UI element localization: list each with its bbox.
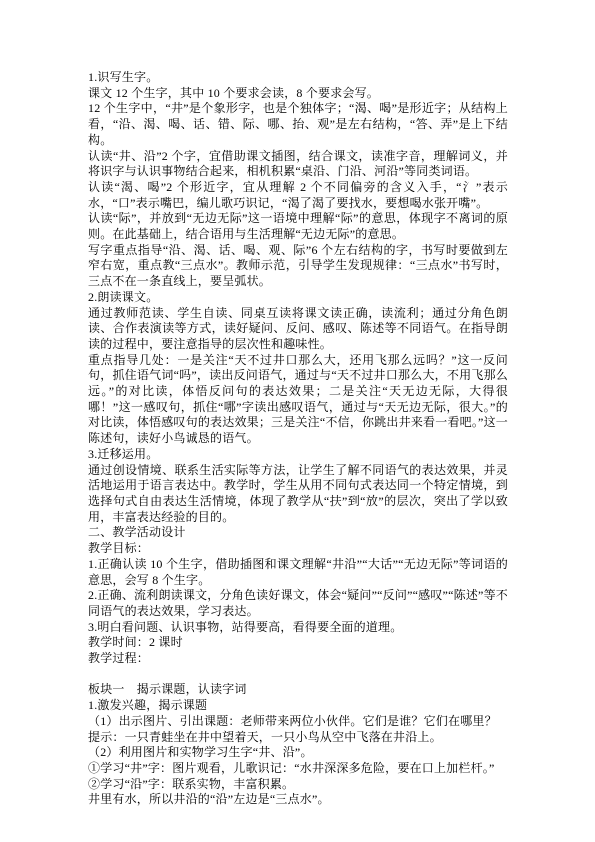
paragraph: 教学时间：2 课时: [88, 635, 508, 651]
paragraph-blank: [88, 667, 508, 683]
paragraph: （1）出示图片、引出课题：老师带来两位小伙伴。它们是谁？它们在哪里？: [88, 714, 508, 730]
paragraph: 二、教学活动设计: [88, 525, 508, 541]
paragraph: ①学习“井”字：图片观看，儿歌识记：“水井深深多危险，要在口上加栏杆。”: [88, 761, 508, 777]
paragraph: ②学习“沿”字：联系实物，丰富积累。: [88, 777, 508, 793]
paragraph: （2）利用图片和实物学习生字“井、沿”。: [88, 745, 508, 761]
paragraph: 认读“渴、喝”2 个形近字，宜从理解 2 个不同偏旁的含义入手，“氵”表示水，“…: [88, 180, 508, 211]
paragraph: 通过创设情境、联系生活实际等方法，让学生了解不同语气的表达效果，并灵活地运用于语…: [88, 463, 508, 526]
paragraph: 认读“际”，并放到“无边无际”这一语境中理解“际”的意思，体现字不离词的原则。在…: [88, 211, 508, 242]
document-page: 1.识写生字。课文 12 个生字，其中 10 个要求会读，8 个要求会写。12 …: [0, 0, 595, 842]
paragraph: 写字重点指导“沿、渴、话、喝、观、际”6 个左右结构的字，书写时要做到左窄右宽，…: [88, 243, 508, 290]
paragraph: 1.识写生字。: [88, 70, 508, 86]
paragraph: 井里有水，所以井沿的“沿”左边是“三点水”。: [88, 792, 508, 808]
paragraph: 2.朗读课文。: [88, 290, 508, 306]
paragraph: 提示：一只青蛙坐在井中望着天，一只小鸟从空中飞落在井沿上。: [88, 730, 508, 746]
paragraph: 12 个生字中，“井”是个象形字，也是个独体字；“渴、喝”是形近字；从结构上看，…: [88, 101, 508, 148]
paragraph: 3.迁移运用。: [88, 447, 508, 463]
paragraph: 课文 12 个生字，其中 10 个要求会读，8 个要求会写。: [88, 86, 508, 102]
paragraph: 1.激发兴趣，揭示课题: [88, 698, 508, 714]
document-body: 1.识写生字。课文 12 个生字，其中 10 个要求会读，8 个要求会写。12 …: [88, 70, 508, 808]
paragraph: 3.明白看问题、认识事物，站得要高，看得要全面的道理。: [88, 620, 508, 636]
paragraph: 教学目标：: [88, 541, 508, 557]
paragraph: 教学过程：: [88, 651, 508, 667]
paragraph: 重点指导几处：一是关注“天不过井口那么大，还用飞那么远吗？”这一反问句，抓住语气…: [88, 353, 508, 447]
paragraph: 认读“井、沿”2 个字，宜借助课文插图，结合课文，读准字音，理解词义，并将识字与…: [88, 149, 508, 180]
paragraph: 板块一 揭示课题，认读字词: [88, 682, 508, 698]
paragraph: 1.正确认读 10 个生字，借助插图和课文理解“井沿”“大话”“无边无际”等词语…: [88, 557, 508, 588]
paragraph: 通过教师范读、学生自读、同桌互读将课文读正确，读流利；通过分角色朗读、合作表演读…: [88, 306, 508, 353]
paragraph: 2.正确、流利朗读课文，分角色读好课文，体会“疑问”“反问”“感叹”“陈述”等不…: [88, 588, 508, 619]
